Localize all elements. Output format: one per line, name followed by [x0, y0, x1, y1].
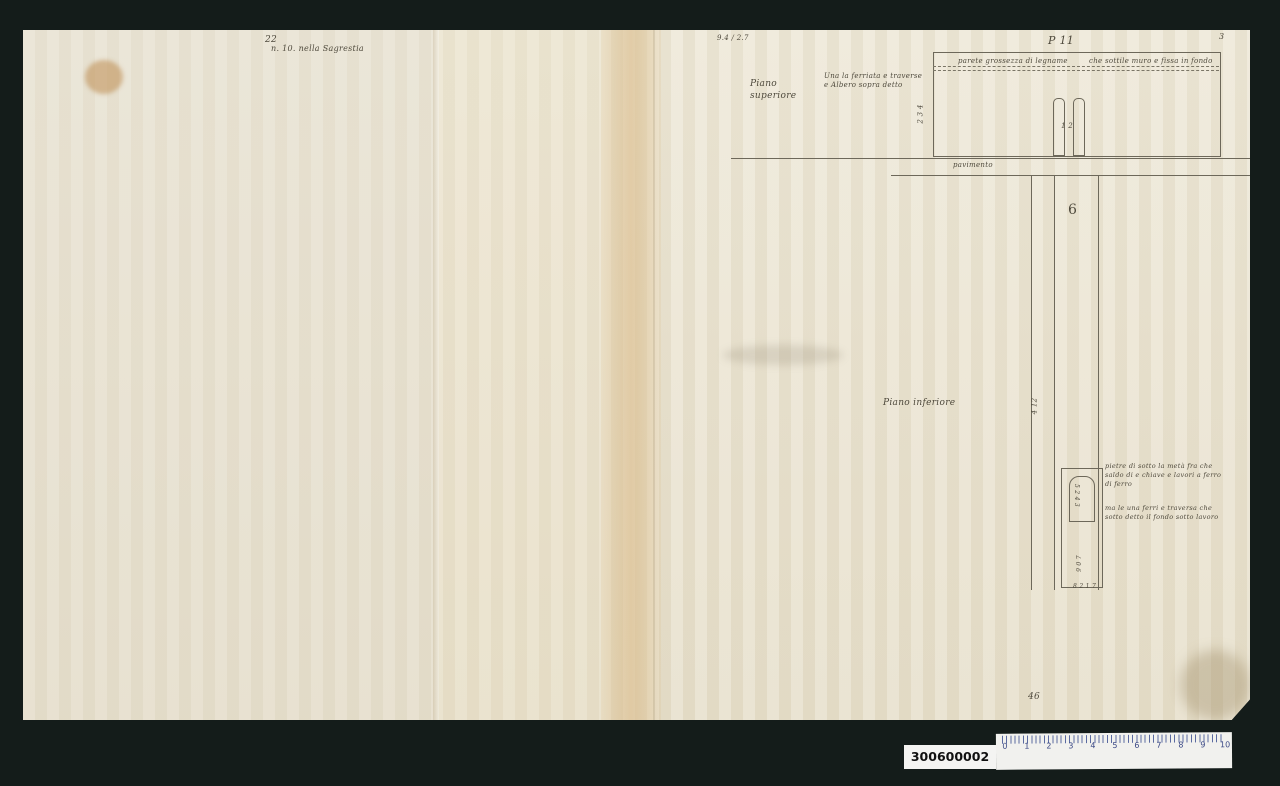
ruler-label: 5	[1110, 741, 1120, 750]
ruler-labels: 0 1 2 3 4 5 6 7 8 9 10	[1000, 740, 1230, 751]
arch-opening	[1073, 98, 1085, 156]
corner-number: 3	[1219, 32, 1224, 41]
inner-measure: 1 2	[1061, 122, 1073, 130]
ruler-label: 0	[1000, 742, 1010, 751]
floor-line	[731, 158, 1250, 159]
manuscript-sheet: 22 n. 10. nella Sagrestia 9.4 / 2.7 P 11…	[23, 30, 1250, 720]
ruler-label: 3	[1066, 741, 1076, 750]
sacristy-note: n. 10. nella Sagrestia	[271, 44, 364, 53]
band-left-note: parete grossezza di legname	[958, 57, 1068, 65]
page-label: P 11	[1048, 34, 1074, 47]
description-note: Una la ferriata e traverse e Albero sopr…	[824, 72, 924, 90]
column-measure-upper: 5 2 4 3	[1073, 484, 1080, 507]
vertical-measure: 2 3 4	[917, 104, 925, 123]
column-number: 6	[1068, 202, 1077, 218]
right-note-2: ma le una ferri e traversa che sotto det…	[1105, 504, 1225, 522]
stain	[85, 60, 123, 94]
column-edge	[1054, 175, 1055, 590]
smudge	[723, 345, 843, 365]
band-right-note: che sottile muro e fissa in fondo	[1089, 57, 1213, 65]
dashed-line	[933, 66, 1219, 67]
bottom-number: 46	[1028, 692, 1040, 702]
ruler-label: 10	[1220, 740, 1230, 749]
fold-line	[653, 30, 655, 720]
upper-floor-label: Piano superiore	[750, 78, 800, 102]
plan-wall	[1031, 175, 1032, 590]
left-panel	[23, 30, 433, 720]
catalog-number-label: 300600002	[904, 745, 996, 769]
ruler-label: 1	[1022, 742, 1032, 751]
ruler-label: 6	[1132, 741, 1142, 750]
side-measure: 4 12	[1030, 398, 1038, 415]
ruler-label: 4	[1088, 741, 1098, 750]
right-note-1: pietre di sotto la metà fra che saldo di…	[1105, 462, 1225, 489]
scale-ruler: 0 1 2 3 4 5 6 7 8 9 10	[996, 732, 1232, 770]
corner-shadow	[1180, 650, 1250, 720]
ruler-label: 2	[1044, 741, 1054, 750]
fold-line	[433, 30, 439, 720]
ruler-label: 9	[1198, 740, 1208, 749]
floor-label: pavimento	[953, 161, 993, 169]
ruler-label: 8	[1176, 740, 1186, 749]
fraction-note: 9.4 / 2.7	[717, 34, 749, 42]
dashed-line	[933, 70, 1219, 71]
column-base-measure: 8 2 1 7	[1073, 583, 1096, 590]
plan-line	[891, 175, 1250, 176]
stained-fold	[601, 30, 661, 720]
column-measure-lower: 9 0 7	[1076, 555, 1083, 572]
lower-floor-label: Piano inferiore	[883, 398, 955, 408]
ruler-label: 7	[1154, 741, 1164, 750]
